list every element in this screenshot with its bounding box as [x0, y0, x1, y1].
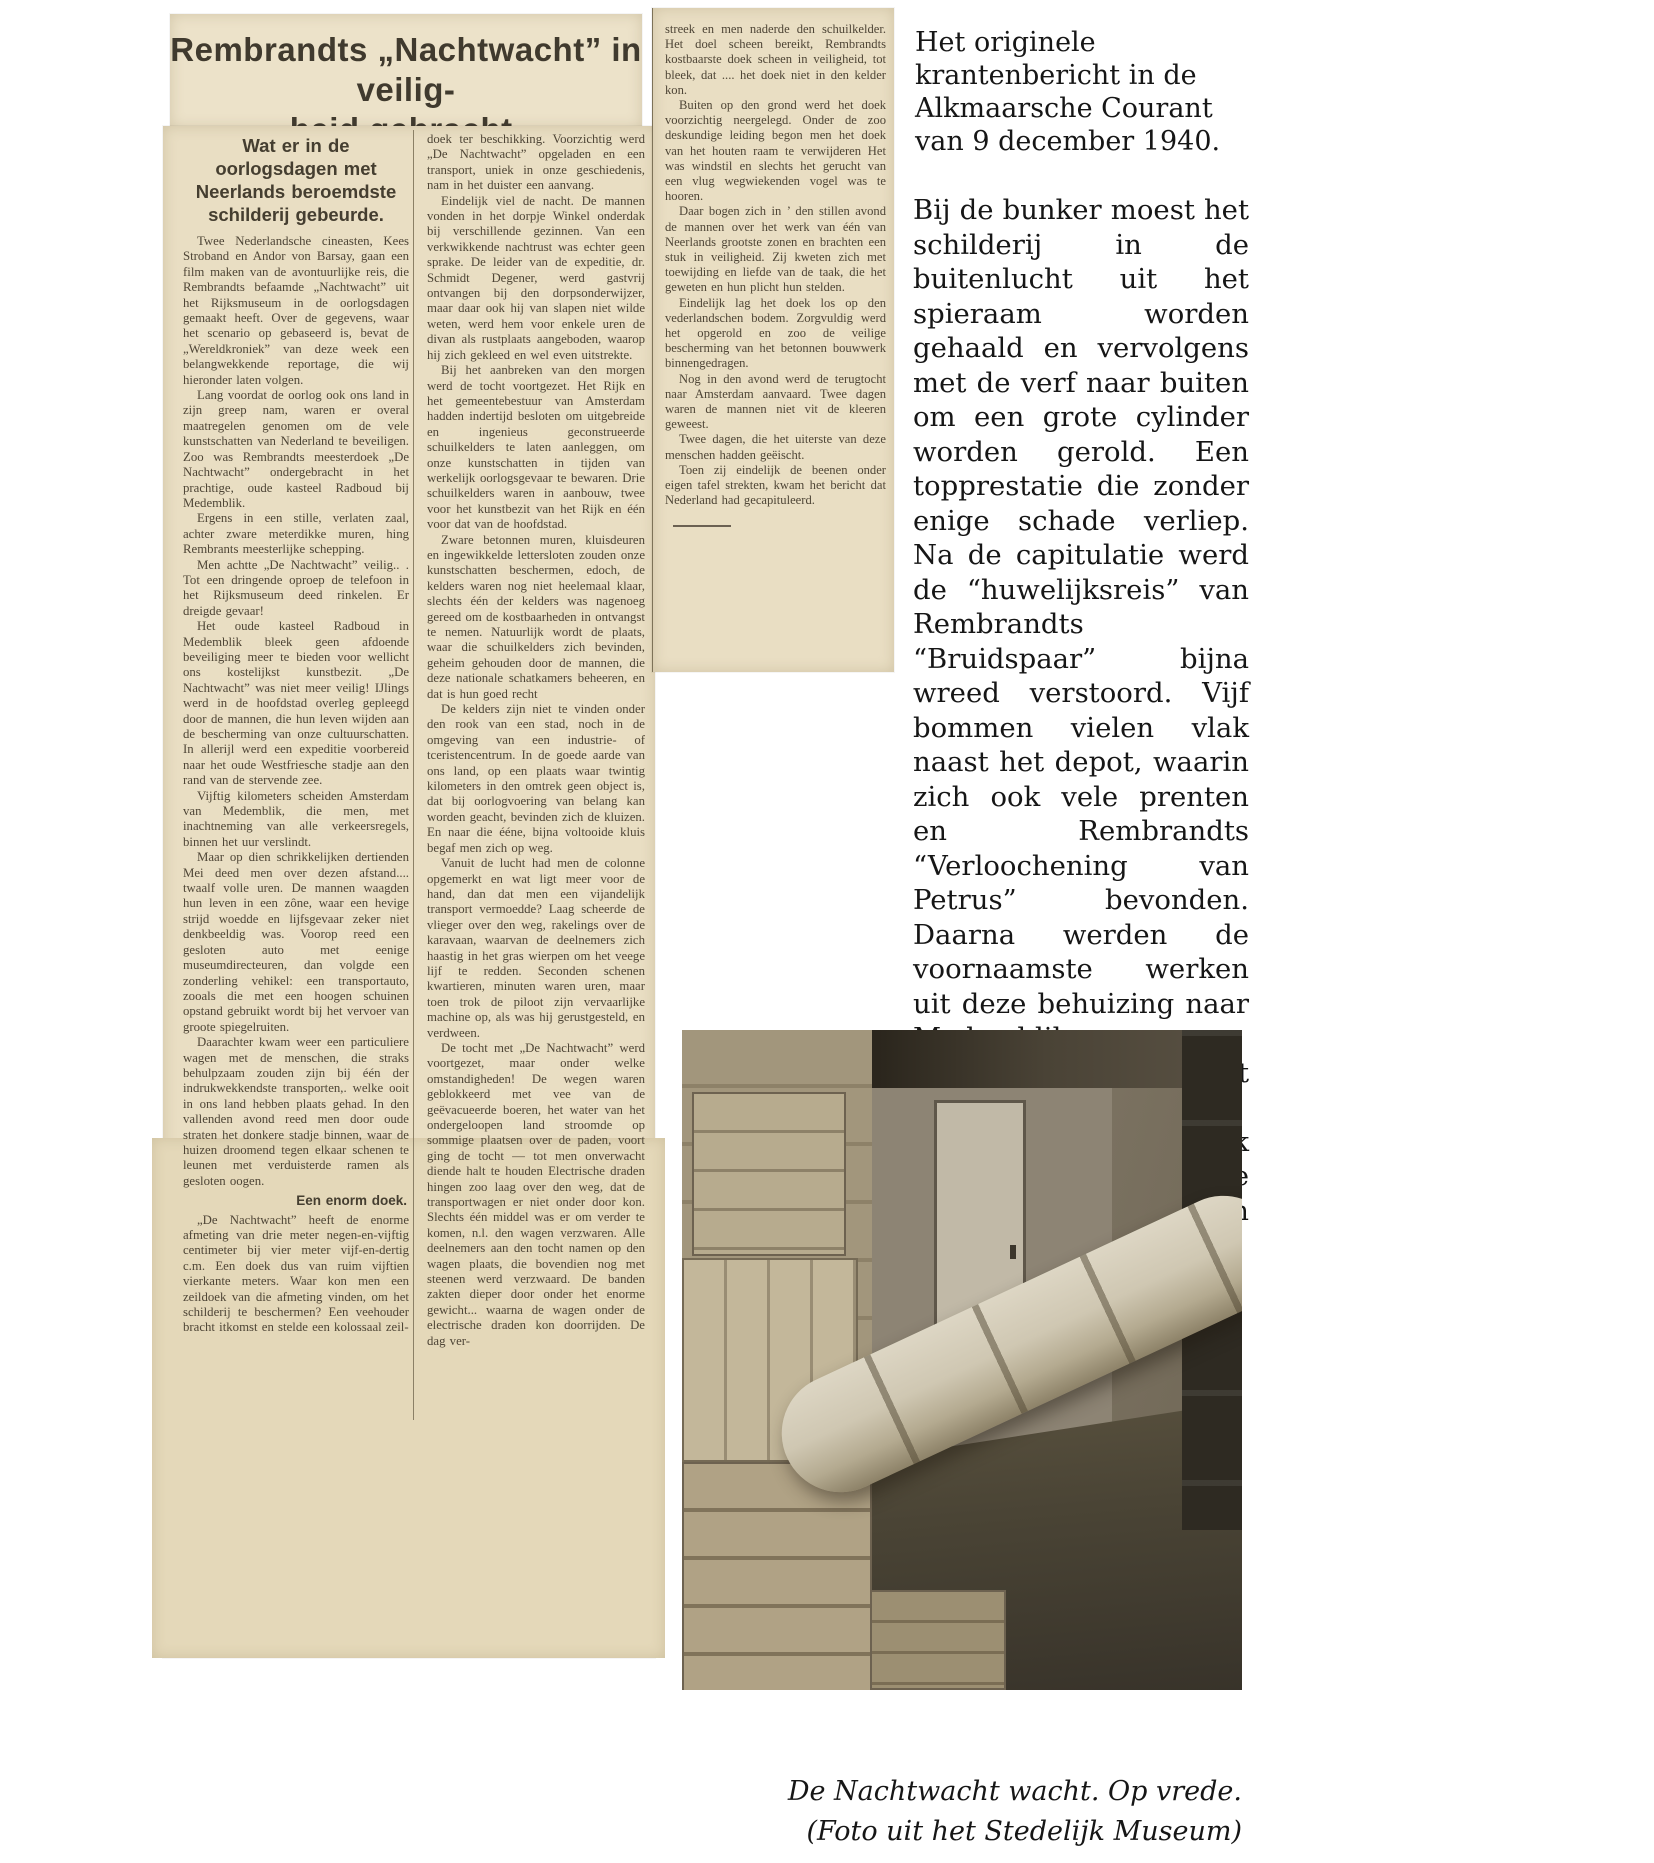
column-3-paragraphs: streek en men naderde den schuilkelder. … [665, 22, 886, 509]
clipping-headline-piece: Rembrandts „Nachtwacht” in veilig- heid … [170, 14, 642, 128]
depot-photo [682, 1030, 1242, 1690]
inline-heading-een-enorm-doek: Een enorm doek. [183, 1193, 407, 1208]
newspaper-paragraph: Maar op dien schrikkelijken dertienden M… [183, 850, 409, 1035]
column-2-paragraphs: doek ter beschikking. Voorzichtig werd „… [427, 132, 645, 1349]
photo-door-handle [1010, 1245, 1016, 1259]
newspaper-paragraph: De kelders zijn niet te vinden onder den… [427, 702, 645, 856]
photo-caption: De Nachtwacht wacht. Op vrede. (Foto uit… [700, 1772, 1242, 1852]
newspaper-column-2: doek ter beschikking. Voorzichtig werd „… [427, 132, 645, 1349]
page: Rembrandts „Nachtwacht” in veilig- heid … [0, 0, 1654, 1863]
clipping-body-piece: Wat er in de oorlogsdagen met Neerlands … [163, 126, 655, 1658]
newspaper-paragraph: Lang voordat de oorlog ook ons land in z… [183, 388, 409, 511]
photo-small-box [870, 1590, 1006, 1690]
newspaper-paragraph: Men achtte „De Nachtwacht” veilig.. . To… [183, 558, 409, 620]
newspaper-paragraph: Daar bogen zich in ’ den stillen avond d… [665, 204, 886, 295]
photo-caption-line-2: (Foto uit het Stedelijk Museum) [700, 1812, 1242, 1852]
newspaper-paragraph: doek ter beschikking. Voorzichtig werd „… [427, 132, 645, 194]
newspaper-paragraph: Ergens in een stille, verlaten zaal, ach… [183, 511, 409, 557]
newspaper-paragraph: Het oude kasteel Radboud in Medemblik bl… [183, 619, 409, 788]
newspaper-paragraph: Twee dagen, die het uiterste van deze me… [665, 432, 886, 462]
newspaper-column-1: Wat er in de oorlogsdagen met Neerlands … [183, 134, 409, 1336]
newspaper-paragraph: Toen zij eindelijk de beenen onder eigen… [665, 463, 886, 509]
newspaper-column-3: streek en men naderde den schuilkelder. … [665, 22, 886, 527]
article-end-rule [673, 525, 731, 527]
column-1-closing-paragraph: „De Nachtwacht” heeft de enorme afmeting… [183, 1213, 409, 1336]
newspaper-paragraph: Buiten op den grond werd het doek voorzi… [665, 98, 886, 204]
sidebar-intro-text: Het originele krantenbericht in de Alkma… [915, 26, 1259, 158]
column-divider-rule [413, 130, 414, 1420]
newspaper-paragraph: Vijftig kilometers scheiden Amsterdam va… [183, 789, 409, 851]
newspaper-paragraph: Nog in den avond werd de terugtocht naar… [665, 372, 886, 433]
newspaper-paragraph: De tocht met „De Nachtwacht” werd voortg… [427, 1041, 645, 1349]
photo-crate-lower [682, 1462, 872, 1690]
newspaper-subhead: Wat er in de oorlogsdagen met Neerlands … [183, 134, 409, 226]
newspaper-paragraph: Zware betonnen muren, kluisdeuren en ing… [427, 533, 645, 702]
photo-caption-line-1: De Nachtwacht wacht. Op vrede. [700, 1772, 1242, 1812]
clipping-column-3-piece: streek en men naderde den schuilkelder. … [652, 8, 894, 672]
newspaper-paragraph: Daarachter kwam weer een particuliere wa… [183, 1035, 409, 1189]
newspaper-paragraph: Eindelijk lag het doek los op den vederl… [665, 296, 886, 372]
column-1-paragraphs: Twee Nederlandsche cineasten, Kees Strob… [183, 234, 409, 1189]
photo-crate-upper [692, 1092, 846, 1256]
headline-line-1: Rembrandts „Nachtwacht” in veilig- [170, 30, 642, 110]
newspaper-paragraph: streek en men naderde den schuilkelder. … [665, 22, 886, 98]
newspaper-paragraph: Bij het aanbreken van den morgen werd de… [427, 363, 645, 532]
newspaper-paragraph: Twee Nederlandsche cineasten, Kees Strob… [183, 234, 409, 388]
newspaper-paragraph: Vanuit de lucht had men de colonne opgem… [427, 856, 645, 1041]
newspaper-paragraph: Eindelijk viel de nacht. De mannen vonde… [427, 194, 645, 363]
